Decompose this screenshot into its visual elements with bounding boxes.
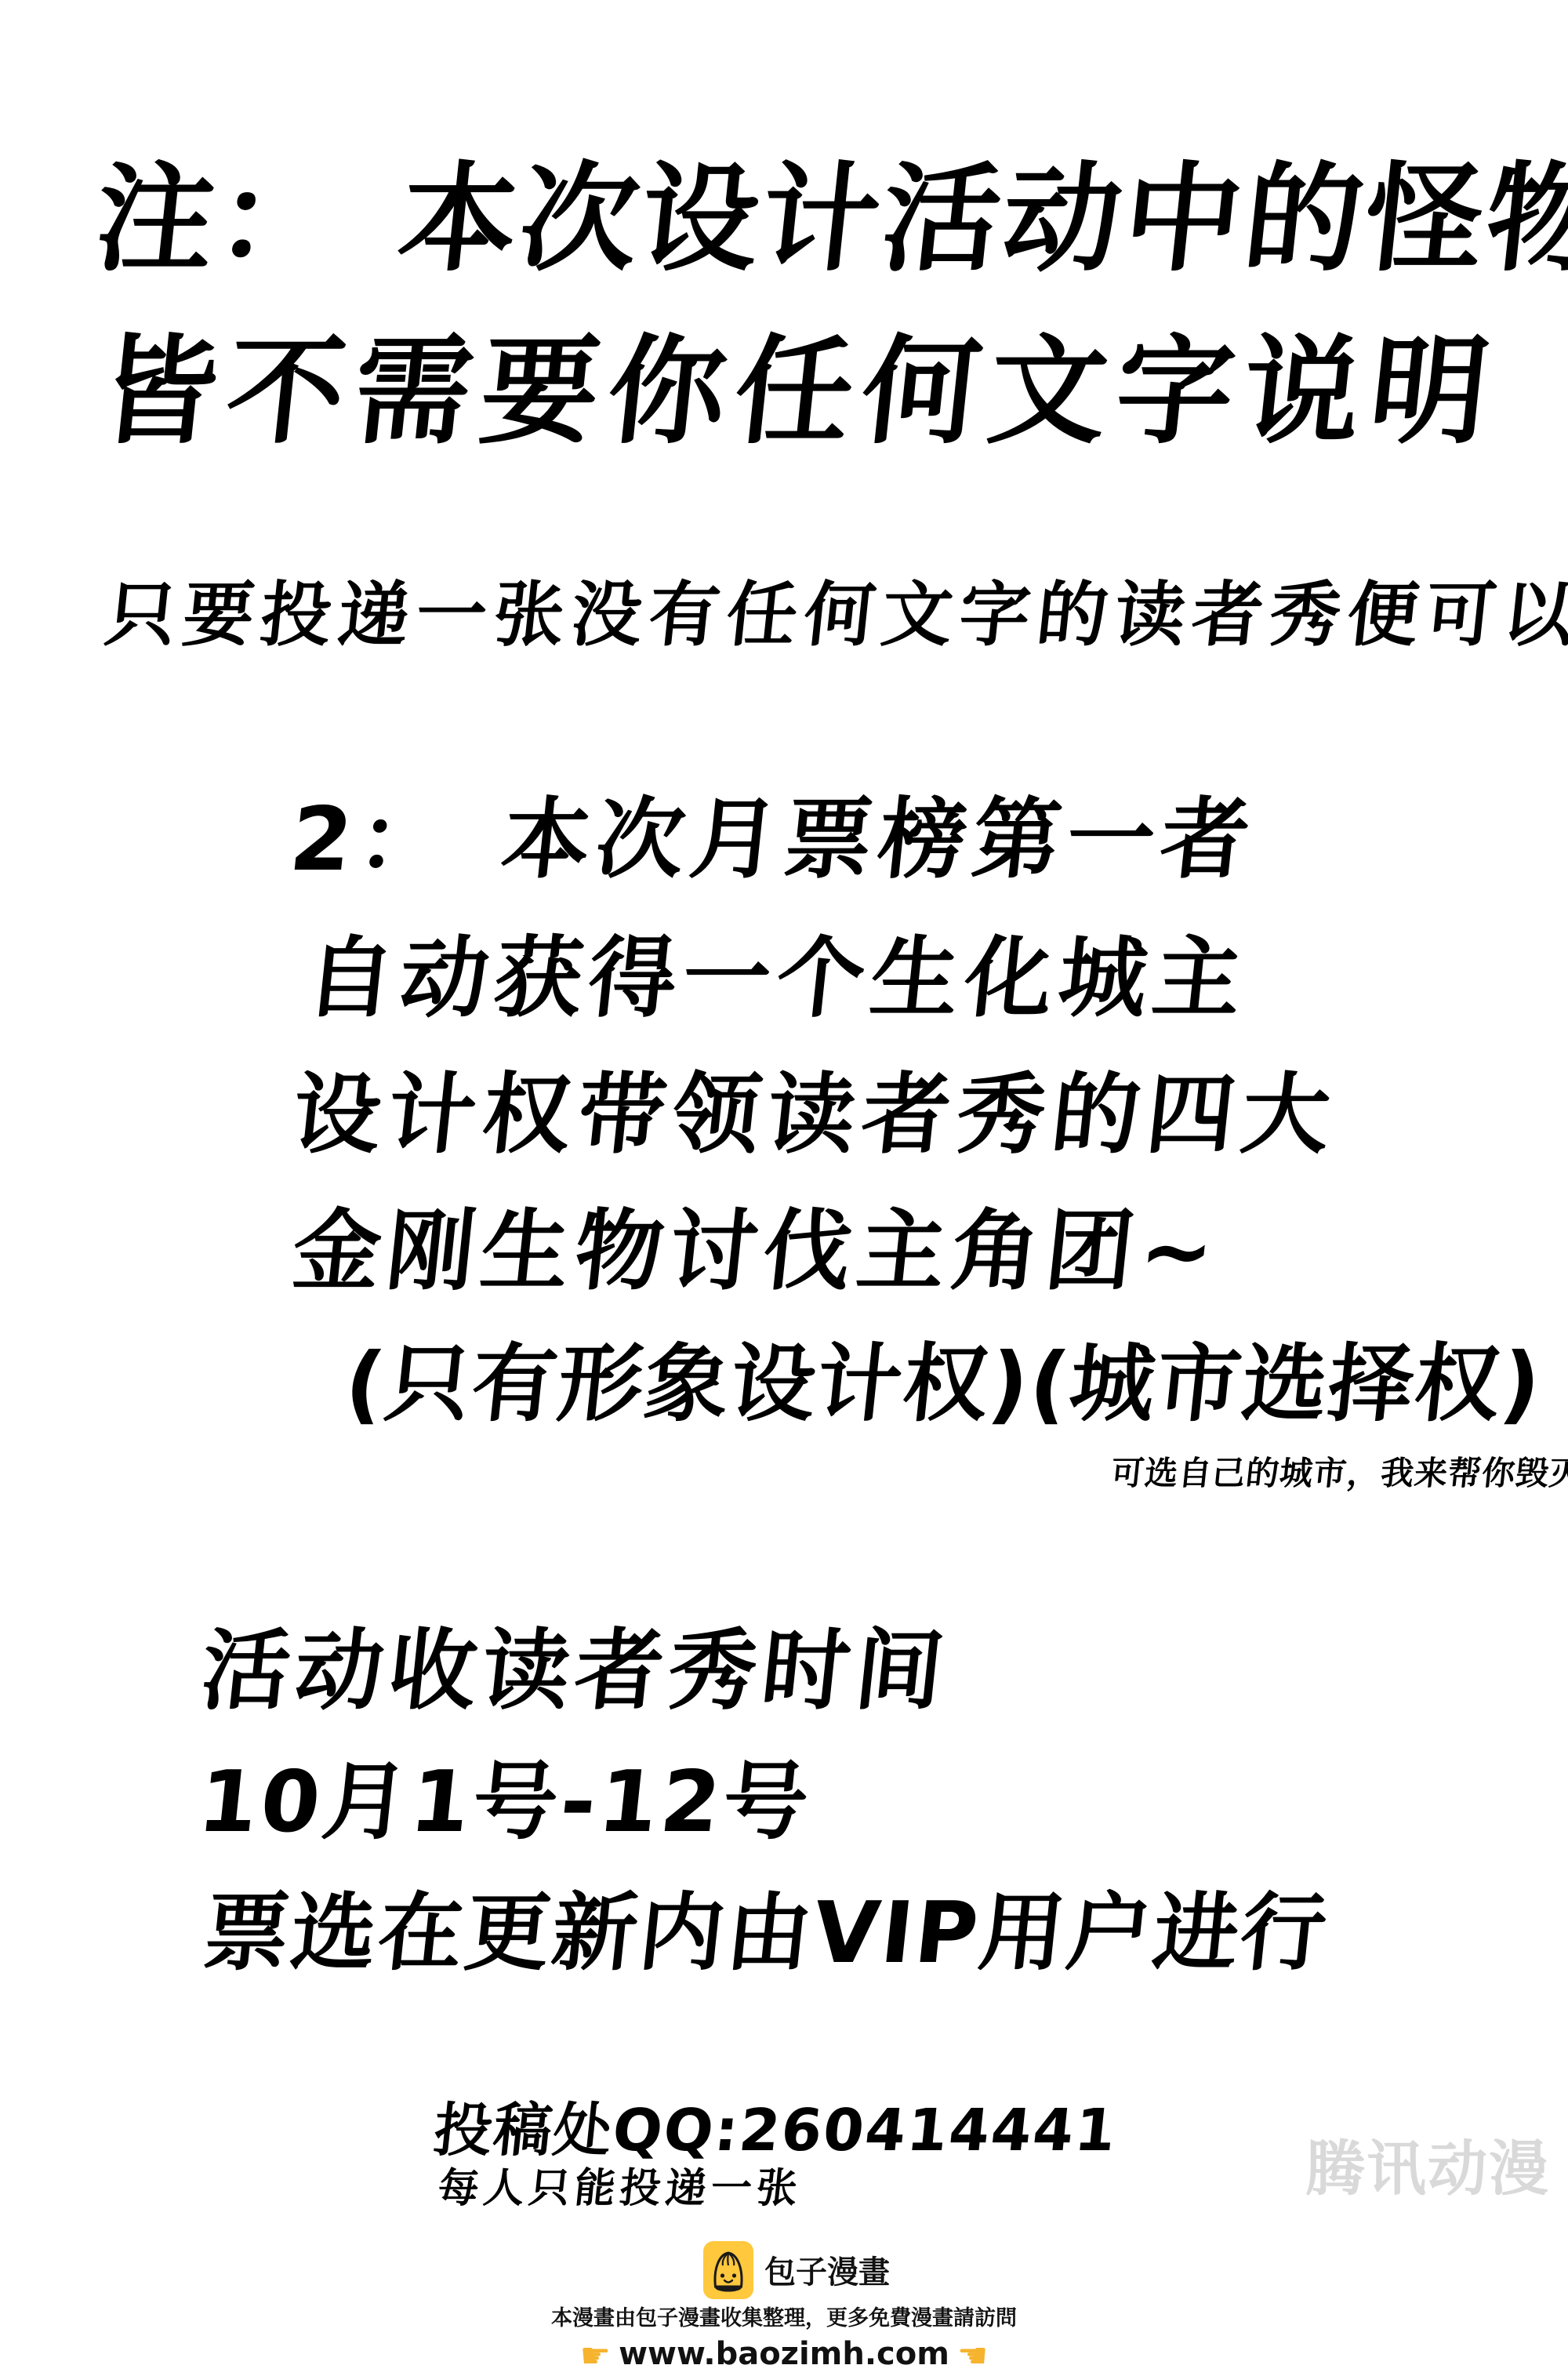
prize-line: 2： 本次月票榜第一者: [286, 796, 1260, 884]
submission-limit-line: 每人只能投递一张: [436, 2168, 804, 2209]
prize-line: 金刚生物讨伐主角团~: [289, 1208, 1225, 1295]
submission-qq-line: 投稿处QQ:260414441: [431, 2102, 1120, 2160]
schedule-title: 活动收读者秀时间: [198, 1627, 953, 1715]
submission-rule-line: 只要投递一张没有任何文字的读者秀便可以: [102, 580, 1568, 651]
footer-url-row: ☛www.baozimh.com☚: [0, 2338, 1568, 2374]
baozi-logo: [703, 2241, 753, 2299]
pointing-left-icon: ☚: [949, 2336, 996, 2376]
schedule-voting: 票选在更新内由VIP用户进行: [200, 1891, 1332, 1976]
note-line-1: 注： 本次设计活动中的怪物: [90, 161, 1568, 278]
prize-footnote: 可选自己的城市，我来帮你毁灭: [1109, 1457, 1568, 1490]
bun-icon: [703, 2241, 753, 2299]
prize-rights-line: (只有形象设计权)(城市选择权): [341, 1342, 1546, 1427]
manga-announcement-page: 注： 本次设计活动中的怪物 皆不需要你任何文字说明 只要投递一张没有任何文字的读…: [0, 0, 1568, 2376]
footer-notice: 本漫畫由包子漫畫收集整理，更多免費漫畫請訪問: [0, 2307, 1568, 2331]
note-line-2: 皆不需要你任何文字说明: [94, 333, 1504, 451]
pointing-right-icon: ☛: [572, 2336, 619, 2376]
prize-line: 自动获得一个生化城主: [302, 935, 1252, 1023]
brand-name: 包子漫畫: [764, 2257, 890, 2288]
schedule-dates: 10月1号-12号: [194, 1760, 815, 1845]
tencent-anime-watermark: 腾讯动漫: [1305, 2139, 1550, 2199]
prize-line: 设计权带领读者秀的四大: [289, 1071, 1341, 1159]
site-url: www.baozimh.com: [619, 2336, 949, 2372]
